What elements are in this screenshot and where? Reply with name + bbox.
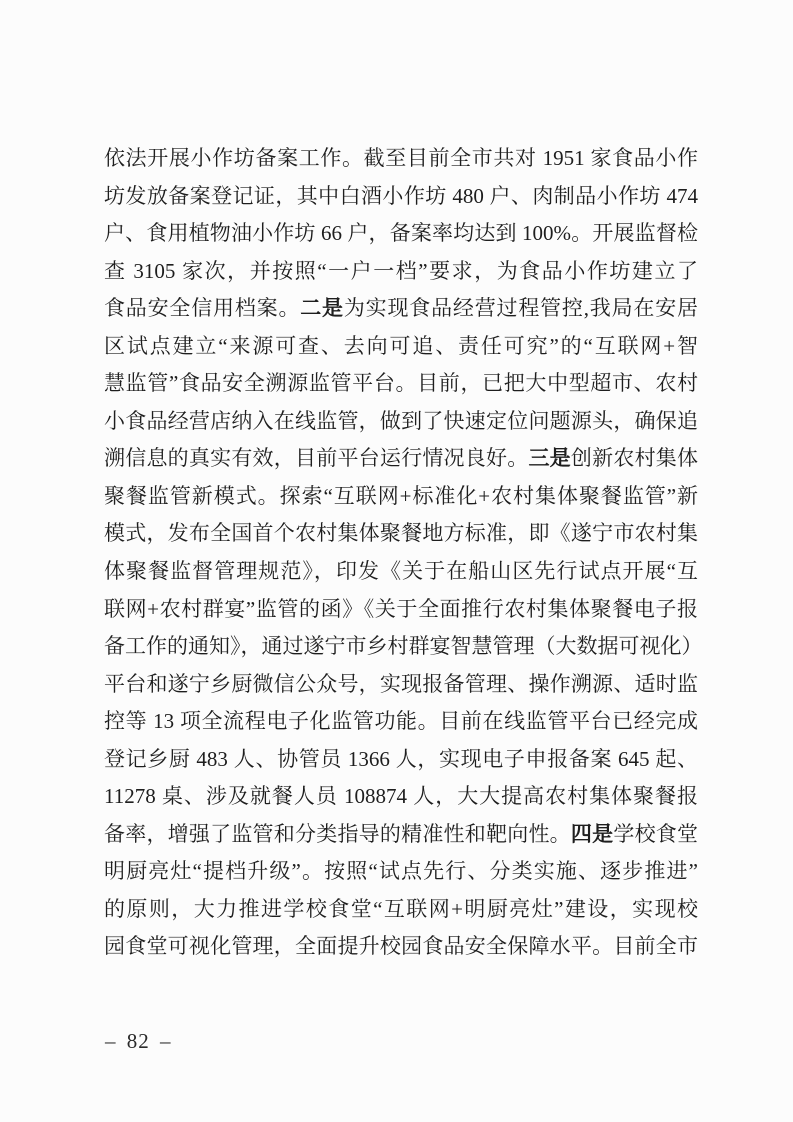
text-line: 食品安全信用档案。二是为实现食品经营过程管控,我局在安居	[104, 290, 698, 328]
bold-text-run: 四是	[571, 822, 613, 846]
text-run: 平台和遂宁乡厨微信公众号，实现报备管理、操作溯源、适时监	[104, 672, 698, 696]
document-body: 依法开展小作坊备案工作。截至目前全市共对 1951 家食品小作坊发放备案登记证，…	[104, 140, 698, 966]
text-run: 园食堂可视化管理，全面提升校园食品安全保障水平。目前全市	[104, 934, 698, 958]
text-run: 体聚餐监督管理规范》，印发《关于在船山区先行试点开展“互	[104, 559, 698, 583]
text-line: 体聚餐监督管理规范》，印发《关于在船山区先行试点开展“互	[104, 553, 698, 591]
text-run: 区试点建立“来源可查、去向可追、责任可究”的“互联网+智	[104, 334, 698, 358]
text-line: 园食堂可视化管理，全面提升校园食品安全保障水平。目前全市	[104, 928, 698, 966]
text-line: 联网+农村群宴”监管的函》《关于全面推行农村集体聚餐电子报	[104, 591, 698, 629]
text-line: 聚餐监管新模式。探索“互联网+标准化+农村集体聚餐监管”新	[104, 478, 698, 516]
text-line: 区试点建立“来源可查、去向可追、责任可究”的“互联网+智	[104, 328, 698, 366]
text-run: 联网+农村群宴”监管的函》《关于全面推行农村集体聚餐电子报	[104, 597, 698, 621]
page-number: – 82 –	[105, 1026, 172, 1056]
text-line: 溯信息的真实有效，目前平台运行情况良好。三是创新农村集体	[104, 440, 698, 478]
text-run: 依法开展小作坊备案工作。截至目前全市共对 1951 家食品小作	[104, 146, 698, 170]
text-line: 平台和遂宁乡厨微信公众号，实现报备管理、操作溯源、适时监	[104, 666, 698, 704]
text-line: 户、食用植物油小作坊 66 户，备案率均达到 100%。开展监督检	[104, 215, 698, 253]
text-run: 登记乡厨 483 人、协管员 1366 人，实现电子申报备案 645 起、	[104, 747, 698, 771]
text-run: 备率，增强了监管和分类指导的精准性和靶向性。	[104, 822, 571, 846]
text-run: 备工作的通知》，通过遂宁市乡村群宴智慧管理（大数据可视化）	[104, 634, 698, 658]
text-line: 模式，发布全国首个农村集体聚餐地方标准，即《遂宁市农村集	[104, 515, 698, 553]
text-line: 查 3105 家次，并按照“一户一档”要求，为食品小作坊建立了	[104, 253, 698, 291]
text-line: 慧监管”食品安全溯源监管平台。目前，已把大中型超市、农村	[104, 365, 698, 403]
document-page: 依法开展小作坊备案工作。截至目前全市共对 1951 家食品小作坊发放备案登记证，…	[0, 0, 793, 1122]
text-line: 坊发放备案登记证，其中白酒小作坊 480 户、肉制品小作坊 474	[104, 178, 698, 216]
text-run: 慧监管”食品安全溯源监管平台。目前，已把大中型超市、农村	[104, 371, 698, 395]
text-run: 创新农村集体	[571, 446, 698, 470]
text-run: 的原则，大力推进学校食堂“互联网+明厨亮灶”建设，实现校	[104, 897, 698, 921]
text-run: 查 3105 家次，并按照“一户一档”要求，为食品小作坊建立了	[104, 259, 698, 283]
text-line: 备工作的通知》，通过遂宁市乡村群宴智慧管理（大数据可视化）	[104, 628, 698, 666]
text-line: 控等 13 项全流程电子化监管功能。目前在线监管平台已经完成	[104, 703, 698, 741]
text-line: 依法开展小作坊备案工作。截至目前全市共对 1951 家食品小作	[104, 140, 698, 178]
text-run: 模式，发布全国首个农村集体聚餐地方标准，即《遂宁市农村集	[104, 521, 698, 545]
text-run: 11278 桌、涉及就餐人员 108874 人，大大提高农村集体聚餐报	[104, 784, 698, 808]
text-run: 聚餐监管新模式。探索“互联网+标准化+农村集体聚餐监管”新	[104, 484, 698, 508]
text-line: 11278 桌、涉及就餐人员 108874 人，大大提高农村集体聚餐报	[104, 778, 698, 816]
text-run: 户、食用植物油小作坊 66 户，备案率均达到 100%。开展监督检	[104, 221, 698, 245]
text-run: 明厨亮灶“提档升级”。按照“试点先行、分类实施、逐步推进”	[104, 859, 698, 883]
text-run: 学校食堂	[613, 822, 698, 846]
text-run: 控等 13 项全流程电子化监管功能。目前在线监管平台已经完成	[104, 709, 698, 733]
bold-text-run: 二是	[300, 296, 344, 320]
text-run: 为实现食品经营过程管控,我局在安居	[344, 296, 698, 320]
text-run: 坊发放备案登记证，其中白酒小作坊 480 户、肉制品小作坊 474	[104, 184, 698, 208]
text-line: 登记乡厨 483 人、协管员 1366 人，实现电子申报备案 645 起、	[104, 741, 698, 779]
text-run: 溯信息的真实有效，目前平台运行情况良好。	[104, 446, 528, 470]
bold-text-run: 三是	[528, 446, 570, 470]
text-line: 的原则，大力推进学校食堂“互联网+明厨亮灶”建设，实现校	[104, 891, 698, 929]
text-run: 小食品经营店纳入在线监管，做到了快速定位问题源头，确保追	[104, 409, 698, 433]
text-run: 食品安全信用档案。	[104, 296, 300, 320]
text-line: 备率，增强了监管和分类指导的精准性和靶向性。四是学校食堂	[104, 816, 698, 854]
text-line: 明厨亮灶“提档升级”。按照“试点先行、分类实施、逐步推进”	[104, 853, 698, 891]
text-line: 小食品经营店纳入在线监管，做到了快速定位问题源头，确保追	[104, 403, 698, 441]
